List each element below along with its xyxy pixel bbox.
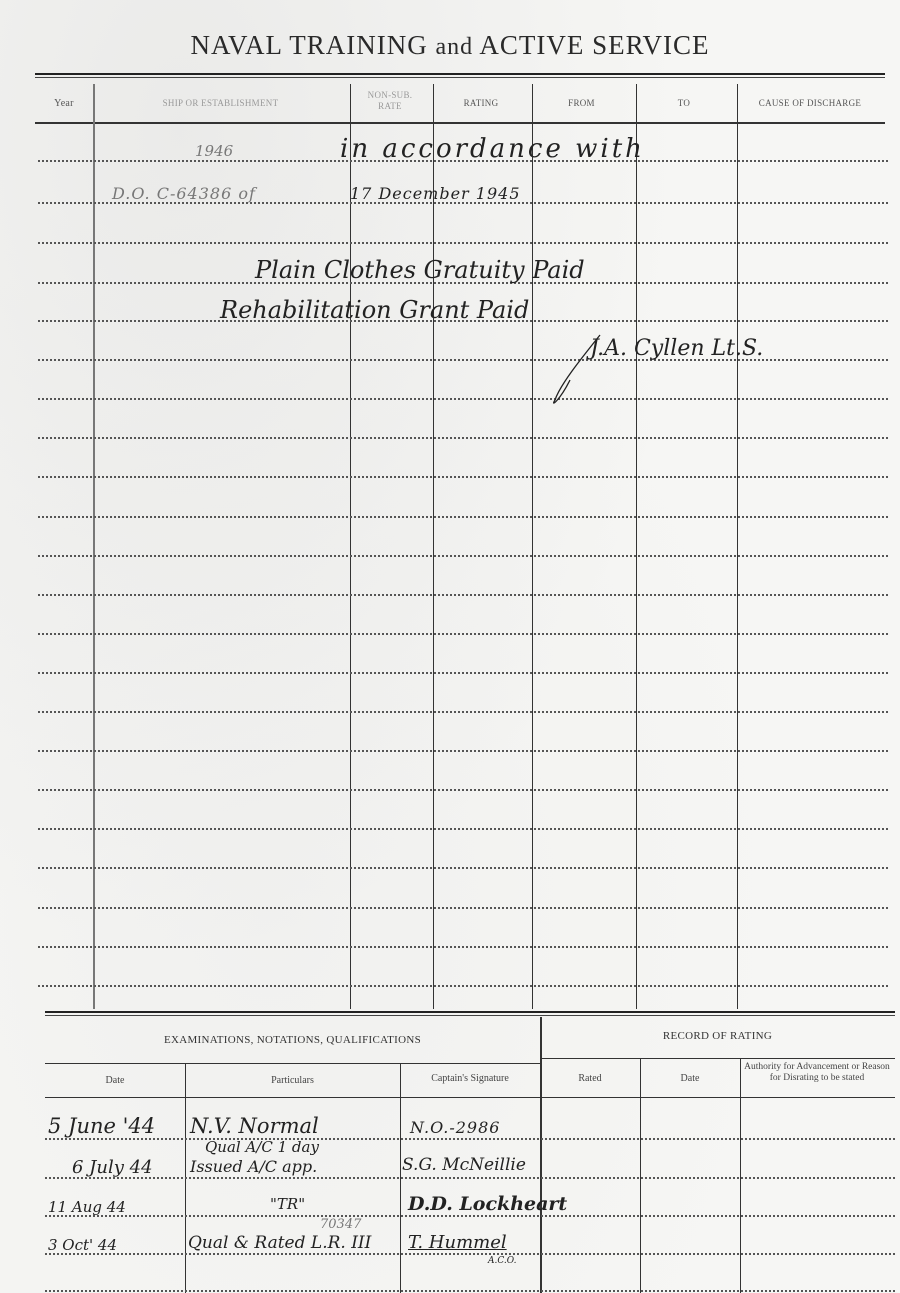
- section-divider: [45, 1011, 895, 1016]
- col-divider: [740, 1059, 741, 1293]
- col-divider: [433, 84, 434, 1009]
- exam-particulars-note: Qual A/C 1 day: [205, 1138, 319, 1156]
- exam-particulars: Qual & Rated L.R. III: [188, 1233, 371, 1253]
- exam-date: 5 June '44: [48, 1114, 155, 1138]
- exam-particulars: N.V. Normal: [190, 1114, 319, 1138]
- col-header-non-sub-rate: NON-SUB. RATE: [355, 90, 425, 112]
- col-header-from: FROM: [530, 98, 633, 109]
- col-divider: [640, 1059, 641, 1293]
- col-header-ship: SHIP OR ESTABLISHMENT: [93, 98, 348, 109]
- rating-col-rated: Rated: [540, 1073, 640, 1084]
- exam-signature: S.G. McNeillie: [402, 1155, 526, 1175]
- exam-signature-title: A.C.O.: [488, 1256, 517, 1266]
- exam-header-top: [45, 1063, 540, 1064]
- exam-date: 11 Aug 44: [48, 1198, 126, 1216]
- examinations-title: EXAMINATIONS, NOTATIONS, QUALIFICATIONS: [45, 1034, 540, 1046]
- entry-year: 1946: [195, 142, 233, 160]
- entry-order-date: 17 December 1945: [350, 184, 521, 203]
- col-divider: [636, 84, 637, 1009]
- title-part-1: NAVAL TRAINING: [190, 30, 427, 60]
- exam-col-date: Date: [45, 1075, 185, 1086]
- top-rule: [35, 73, 885, 78]
- exam-col-particulars: Particulars: [185, 1075, 400, 1086]
- col-divider: [93, 84, 95, 1009]
- col-divider: [532, 84, 533, 1009]
- exam-particulars-note: 70347: [320, 1217, 361, 1232]
- page-title: NAVAL TRAINING and ACTIVE SERVICE: [0, 30, 900, 61]
- exam-signature: D.D. Lockheart: [408, 1193, 567, 1215]
- record-of-rating-title: RECORD OF RATING: [540, 1030, 895, 1042]
- rating-col-authority: Authority for Advancement or Reason for …: [742, 1062, 892, 1084]
- exam-signature: N.O.-2986: [410, 1118, 500, 1137]
- entry-text: in accordance with: [340, 134, 645, 164]
- title-part-3: ACTIVE SERVICE: [479, 30, 709, 60]
- exam-col-captains-signature: Captain's Signature: [400, 1073, 540, 1084]
- exam-particulars: Issued A/C app.: [190, 1157, 317, 1176]
- exam-particulars: "TR": [270, 1195, 305, 1213]
- col-header-year: Year: [35, 98, 93, 109]
- col-divider: [350, 84, 351, 1009]
- rating-header-top: [540, 1058, 895, 1059]
- exam-date: 6 July 44: [72, 1157, 153, 1178]
- exam-date: 3 Oct' 44: [48, 1236, 117, 1254]
- entry-gratuity: Plain Clothes Gratuity Paid: [255, 256, 585, 284]
- header-bottom-rule: [35, 122, 885, 124]
- col-divider: [737, 84, 738, 1009]
- title-part-2: and: [436, 34, 474, 60]
- col-header-cause-of-discharge: CAUSE OF DISCHARGE: [735, 98, 885, 109]
- signature-flourish: [540, 330, 620, 410]
- rating-col-date: Date: [640, 1073, 740, 1084]
- exam-header-bottom: [45, 1097, 895, 1098]
- entry-rehab-grant: Rehabilitation Grant Paid: [220, 296, 529, 324]
- col-header-rating: RATING: [432, 98, 530, 109]
- entry-order-ref: D.O. C-64386 of: [112, 184, 256, 203]
- exam-signature: T. Hummel: [408, 1232, 507, 1253]
- col-header-to: TO: [633, 98, 735, 109]
